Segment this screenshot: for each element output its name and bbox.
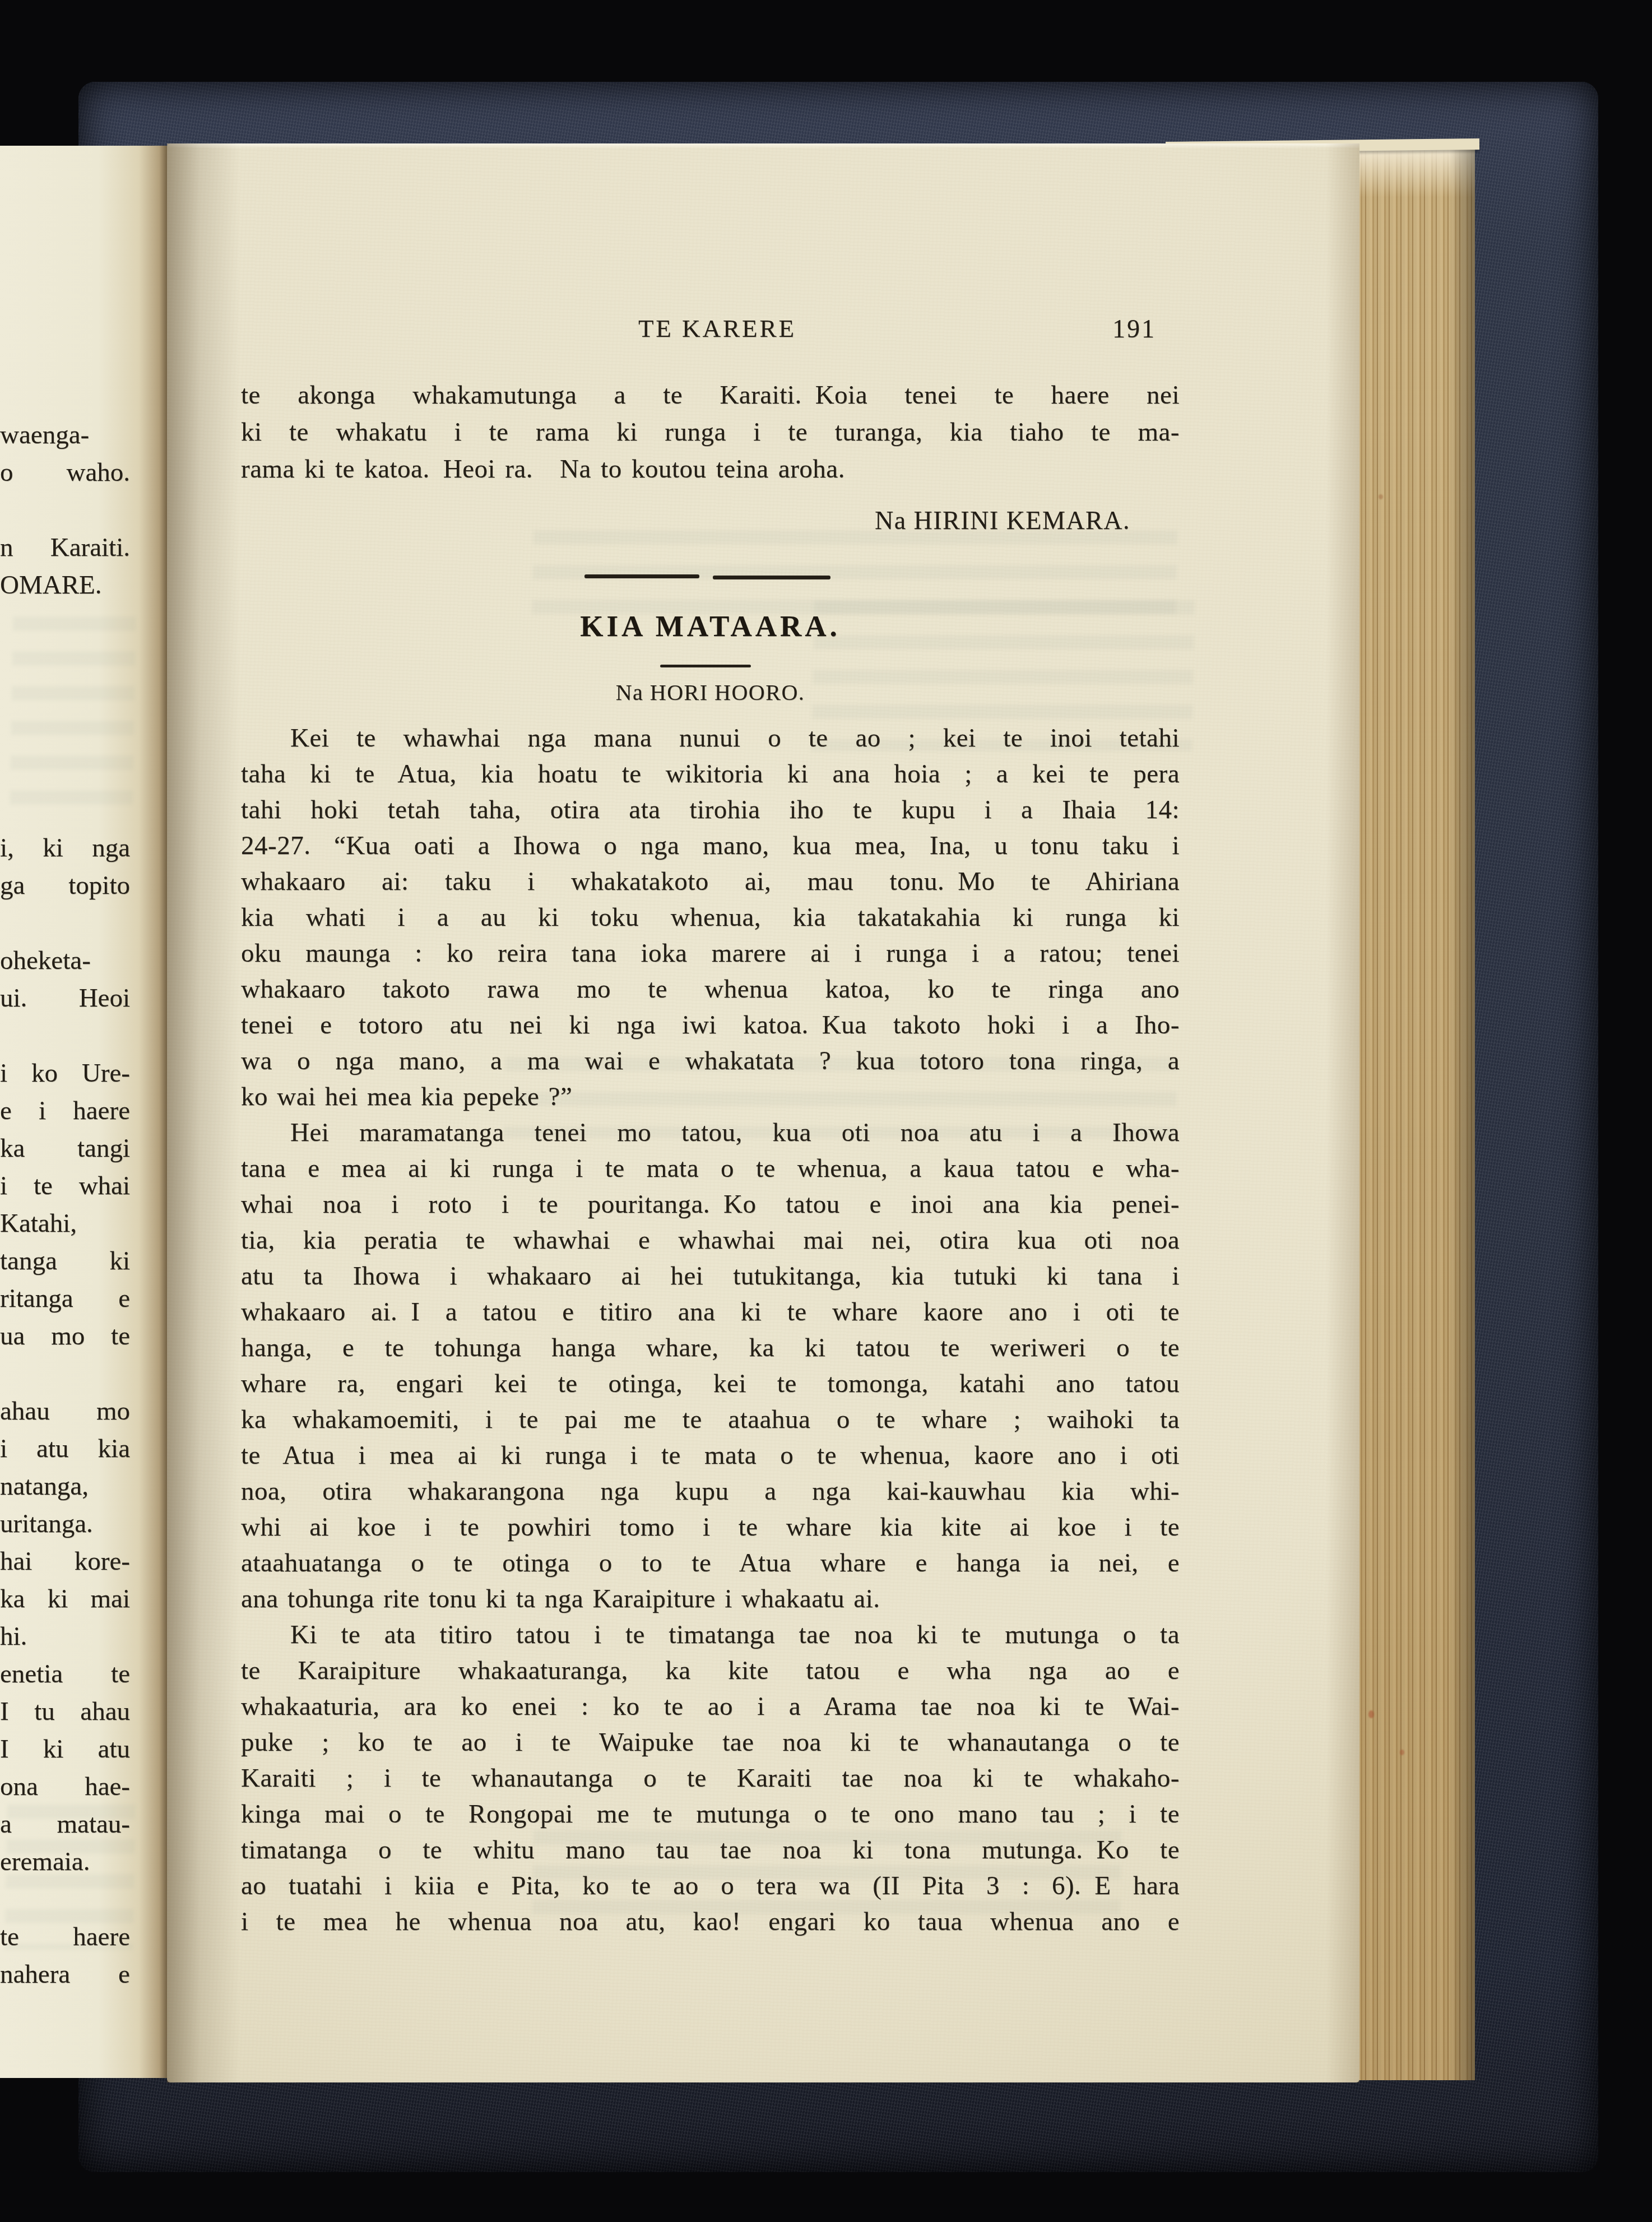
fox-spot (1400, 1750, 1404, 1755)
letter-signature: Na HIRINI KEMARA. (241, 502, 1180, 539)
running-header-title: TE KARERE (560, 314, 874, 343)
text-line: whakaaro ai: taku i whakatakoto ai, mau … (241, 864, 1180, 899)
text-line: waenga- (0, 416, 130, 454)
text-line: ao tuatahi i kiia e Pita, ko te ao o ter… (241, 1868, 1180, 1904)
text-line: te haere (0, 1918, 130, 1956)
text-line: natanga, (0, 1468, 130, 1505)
text-line: I ki atu (0, 1731, 130, 1768)
text-line: te Atua i mea ai ki runga i te mata o te… (241, 1437, 1180, 1473)
text-line: atu ta Ihowa i whakaaro ai hei tutukitan… (241, 1258, 1180, 1294)
text-line: ua mo te (0, 1318, 130, 1355)
text-line: 24-27. “Kua oati a Ihowa o nga mano, kua… (241, 828, 1180, 864)
text-line: ui. Heoi (0, 980, 130, 1017)
text-line (0, 904, 130, 942)
text-line: te Karaipiture whakaaturanga, ka kite ta… (241, 1653, 1180, 1688)
text-line: tenei e totoro atu nei ki nga iwi katoa.… (241, 1007, 1180, 1043)
text-line: whare ra, engari kei te otinga, kei te t… (241, 1366, 1180, 1402)
text-line: whakaaro takoto rawa mo te whenua katoa,… (241, 971, 1180, 1007)
text-line: whi ai koe i te powhiri tomo i te whare … (241, 1509, 1180, 1545)
text-line: ka whakamoemiti, i te pai me te ataahua … (241, 1402, 1180, 1437)
text-line: Hei maramatanga tenei mo tatou, kua oti … (241, 1115, 1180, 1151)
page-top-edge (167, 143, 1359, 149)
book-page: TE KARERE 191 te akonga whakamutunga a t… (167, 143, 1359, 2082)
text-line (0, 1017, 130, 1055)
text-line: n Karaiti. (0, 529, 130, 567)
text-line: nahera e (0, 1956, 130, 1993)
article-title: KIA MATAARA. (241, 606, 1180, 647)
running-head: TE KARERE 191 (241, 314, 1180, 353)
text-line: wa o nga mano, a ma wai e whakatata ? ku… (241, 1043, 1180, 1079)
text-line: I tu ahau (0, 1693, 130, 1731)
text-line (0, 642, 130, 679)
text-line: tahi hoki tetah taha, otira ata tirohia … (241, 792, 1180, 828)
page-stack-shadow (1449, 147, 1475, 2080)
text-line: oheketa- (0, 942, 130, 980)
text-line: hanga, e te tohunga hanga whare, ka ki t… (241, 1330, 1180, 1366)
text-line: hi. (0, 1618, 130, 1655)
book-photo: waenga-o waho.n Karaiti.OMARE.i, ki ngag… (0, 0, 1652, 2222)
article-byline: Na HORI HOORO. (241, 677, 1180, 708)
article-paragraph: Hei maramatanga tenei mo tatou, kua oti … (241, 1115, 1180, 1617)
divider-rule (584, 574, 699, 578)
text-line: tana e mea ai ki runga i te mata o te wh… (241, 1151, 1180, 1186)
text-line: oku maunga : ko reira tana ioka marere a… (241, 935, 1180, 971)
text-line: i te whai (0, 1167, 130, 1205)
text-line: kinga mai o te Rongopai me te mutunga o … (241, 1796, 1180, 1832)
divider-rule (713, 576, 830, 579)
text-line (0, 717, 130, 754)
text-line: hai kore- (0, 1543, 130, 1580)
text-line: ritanga e (0, 1280, 130, 1318)
text-line: te akonga whakamutunga a te Karaiti. Koi… (241, 377, 1180, 414)
heading-rule (660, 665, 751, 667)
text-line: ki te whakatu i te rama ki runga i te tu… (241, 414, 1180, 451)
text-line: i ko Ure- (0, 1055, 130, 1092)
text-line: noa, otira whakarangona nga kupu a nga k… (241, 1473, 1180, 1509)
text-line: ka tangi (0, 1130, 130, 1167)
text-line: o waho. (0, 454, 130, 491)
text-line: eremaia. (0, 1843, 130, 1881)
text-line (0, 792, 130, 829)
text-line (0, 491, 130, 529)
text-line (0, 1355, 130, 1393)
text-line (0, 604, 130, 642)
text-line: timatanga o te whitu mano tau tae noa ki… (241, 1832, 1180, 1868)
text-line: i, ki nga (0, 829, 130, 867)
page-right-shade (1326, 143, 1359, 2082)
text-line: ga topito (0, 867, 130, 904)
text-line: Ki te ata titiro tatou i te timatanga ta… (241, 1617, 1180, 1653)
text-line: whakaaturia, ara ko enei : ko te ao i a … (241, 1688, 1180, 1724)
fox-spot (1368, 1710, 1374, 1718)
page-number: 191 (1112, 314, 1156, 344)
text-line: ona hae- (0, 1768, 130, 1806)
text-line: ana tohunga rite tonu ki ta nga Karaipit… (241, 1581, 1180, 1617)
text-line: ka ki mai (0, 1580, 130, 1618)
text-line: ko wai hei mea kia pepeke ?” (241, 1079, 1180, 1115)
article-paragraph: Kei te whawhai nga mana nunui o te ao ; … (241, 720, 1180, 1115)
text-line: Katahi, (0, 1205, 130, 1242)
text-line: whai noa i roto i te pouritanga. Ko tato… (241, 1186, 1180, 1222)
text-line: rama ki te katoa. Heoi ra. Na to koutou … (241, 451, 1180, 488)
facing-page-text-fragment: waenga-o waho.n Karaiti.OMARE.i, ki ngag… (0, 416, 136, 1993)
text-line (0, 679, 130, 717)
fore-edge-pages (1346, 147, 1475, 2080)
text-line: taha ki te Atua, kia hoatu te wikitoria … (241, 756, 1180, 792)
text-line: ahau mo (0, 1393, 130, 1430)
intro-paragraph: te akonga whakamutunga a te Karaiti. Koi… (241, 377, 1180, 488)
text-line: Karaiti ; i te whanautanga o te Karaiti … (241, 1760, 1180, 1796)
text-line: enetia te (0, 1655, 130, 1693)
facing-page: waenga-o waho.n Karaiti.OMARE.i, ki ngag… (0, 146, 169, 2078)
fox-spot (1379, 494, 1383, 499)
text-line: whakaaro ai. I a tatou e titiro ana ki t… (241, 1294, 1180, 1330)
article-paragraph: Ki te ata titiro tatou i te timatanga ta… (241, 1617, 1180, 1940)
text-line: uritanga. (0, 1505, 130, 1543)
text-line (0, 754, 130, 792)
text-line (0, 1881, 130, 1918)
text-line: ataahuatanga o te otinga o to te Atua wh… (241, 1545, 1180, 1581)
text-line: i atu kia (0, 1430, 130, 1468)
text-line: e i haere (0, 1092, 130, 1130)
text-line: Kei te whawhai nga mana nunui o te ao ; … (241, 720, 1180, 756)
text-line: tia, kia peratia te whawhai e whawhai ma… (241, 1222, 1180, 1258)
gutter-shadow (167, 143, 240, 2082)
text-line: i te mea he whenua noa atu, kao! engari … (241, 1904, 1180, 1940)
text-line: kia whati i a au ki toku whenua, kia tak… (241, 899, 1180, 935)
text-line: puke ; ko te ao i te Waipuke tae noa ki … (241, 1724, 1180, 1760)
text-line: a matau- (0, 1806, 130, 1843)
text-line: tanga ki (0, 1242, 130, 1280)
text-line: OMARE. (0, 567, 130, 604)
